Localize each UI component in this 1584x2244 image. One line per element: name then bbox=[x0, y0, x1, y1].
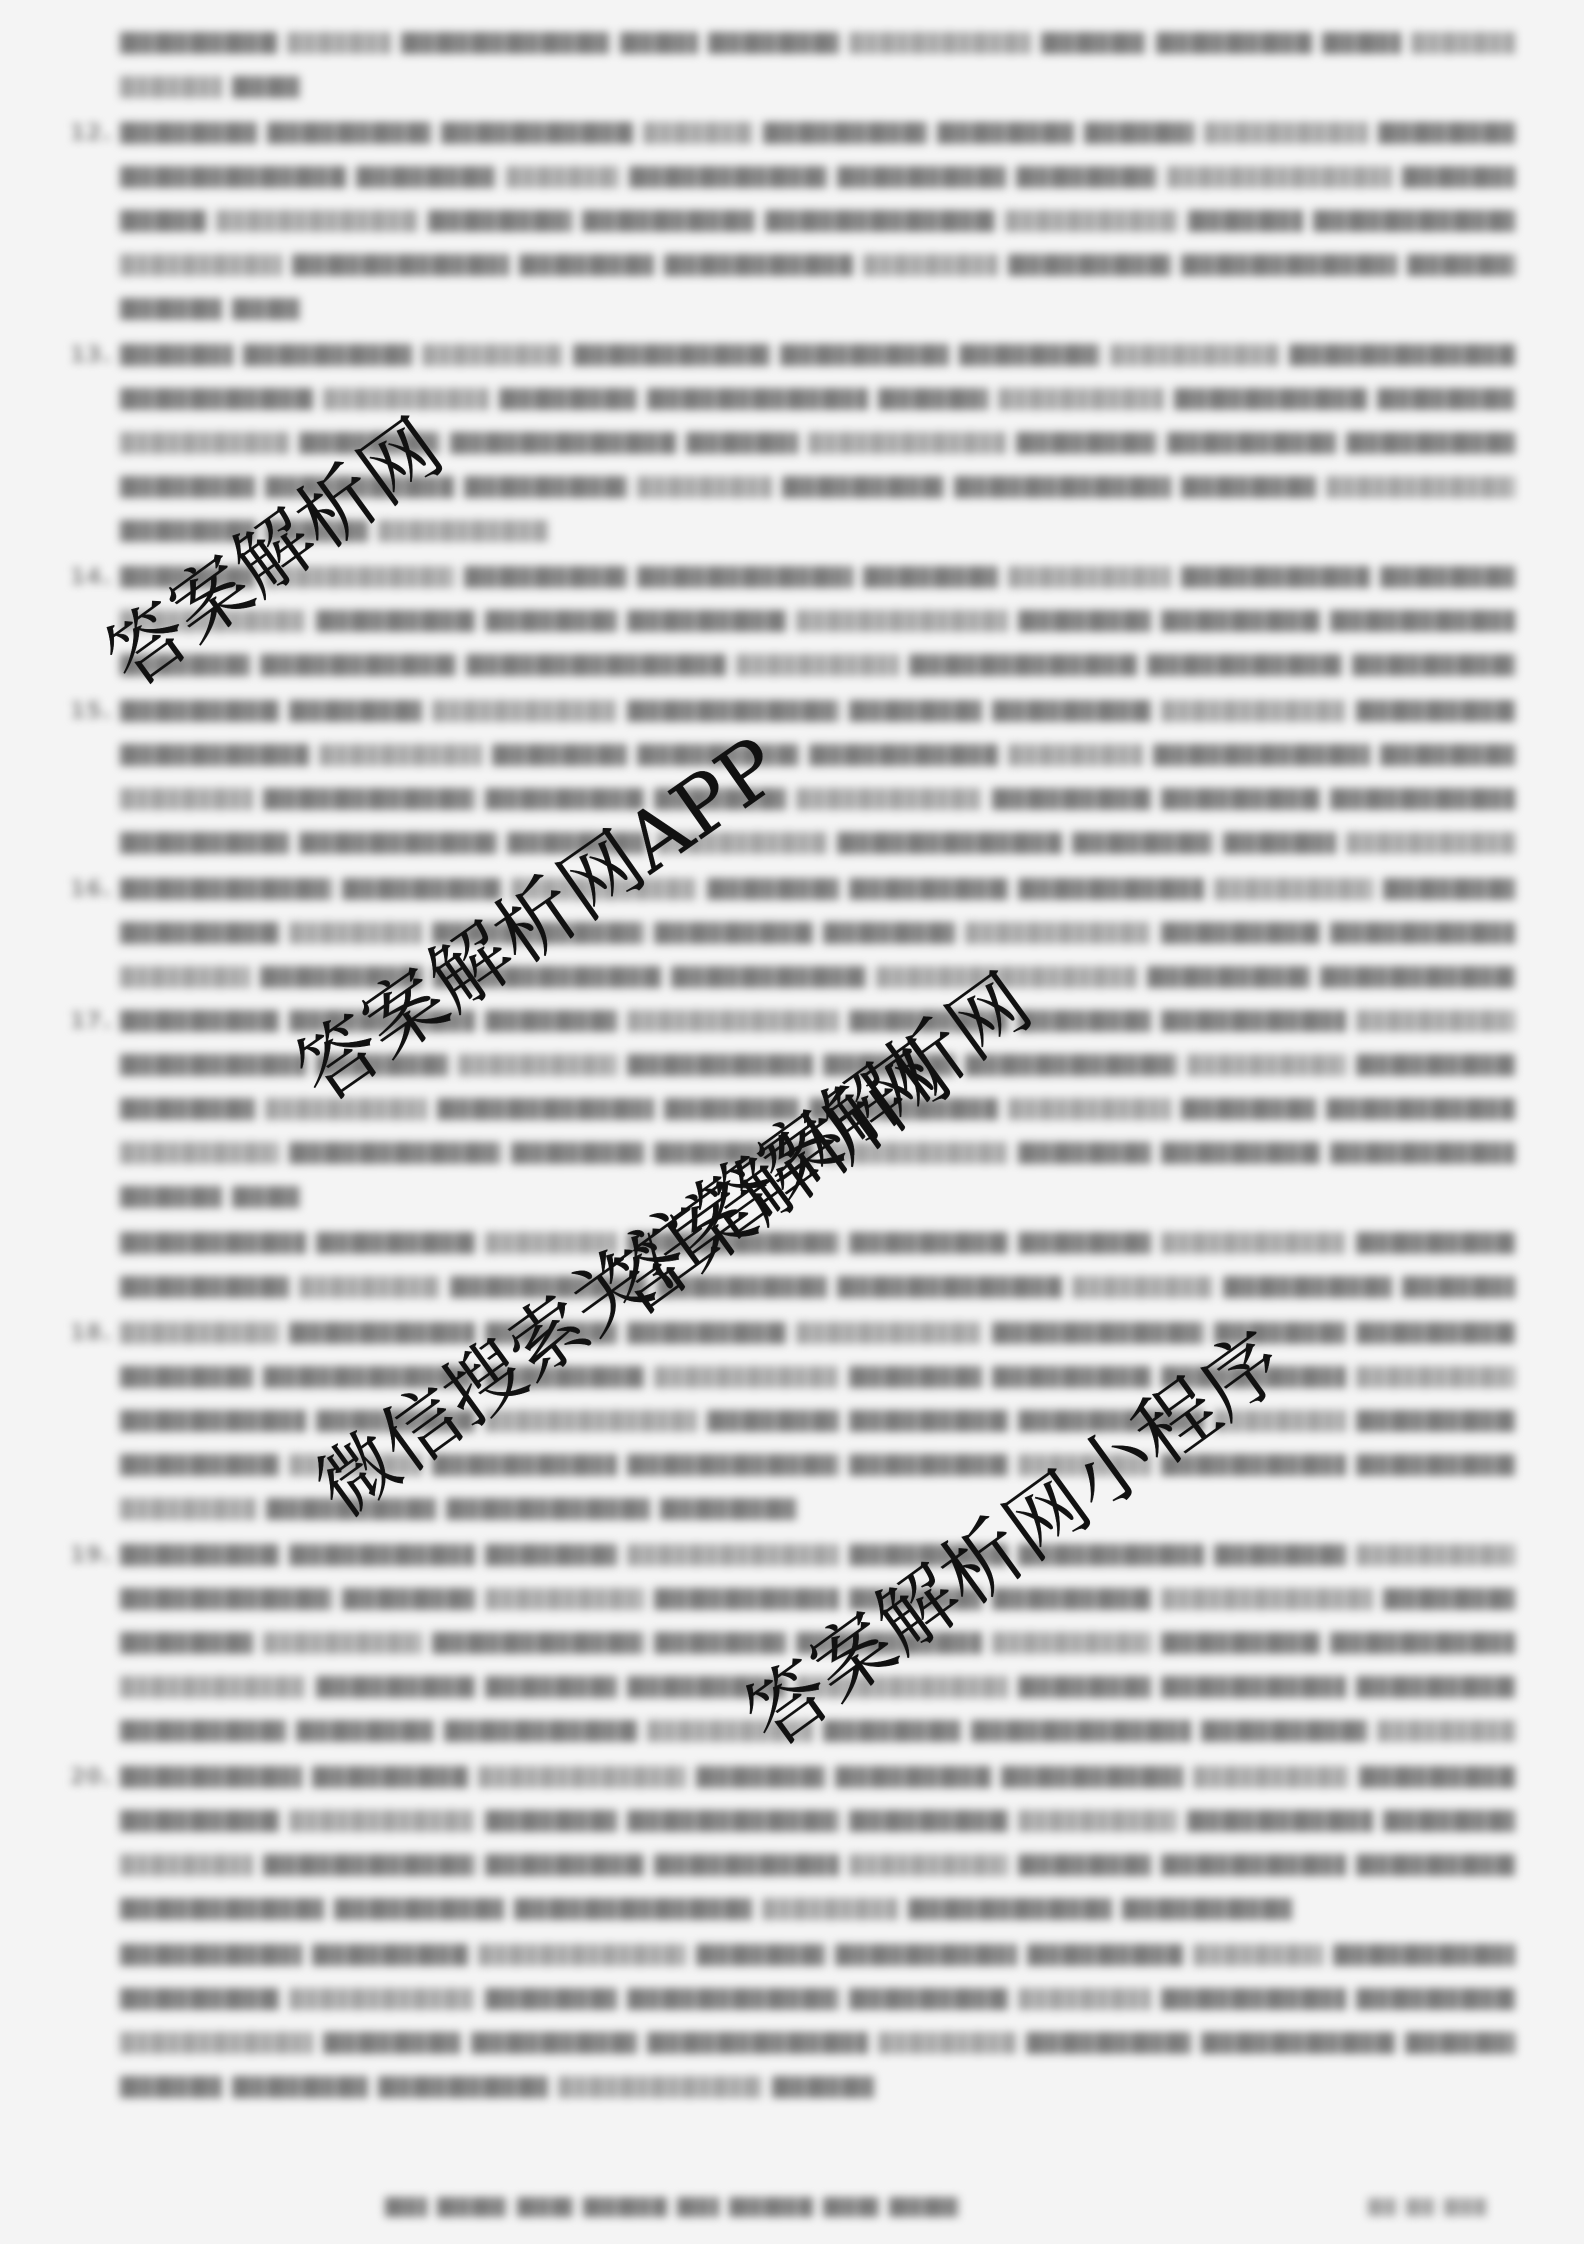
blurred-text-run bbox=[992, 1366, 1151, 1388]
blurred-text-run bbox=[837, 166, 1006, 188]
blurred-text-run bbox=[627, 1810, 839, 1832]
question-number: 13. bbox=[70, 340, 122, 370]
blurred-text-run bbox=[299, 832, 496, 854]
blurred-text-run bbox=[837, 1276, 1063, 1298]
footer-text-run bbox=[517, 2197, 573, 2217]
blurred-text-run bbox=[627, 1454, 839, 1476]
blurred-text-run bbox=[1214, 878, 1373, 900]
blurred-text-run bbox=[478, 1766, 686, 1788]
blurred-text-run bbox=[260, 654, 455, 676]
blurred-text-run bbox=[471, 2032, 637, 2054]
blurred-text-run bbox=[627, 1010, 839, 1032]
blurred-text-run bbox=[316, 1676, 475, 1698]
blurred-text-run bbox=[878, 2032, 1016, 2054]
blurred-text-run bbox=[432, 1632, 644, 1654]
blurred-text-run bbox=[466, 654, 726, 676]
blurred-text-run bbox=[120, 1676, 306, 1698]
blurred-text-run bbox=[765, 210, 995, 232]
blurred-text-run bbox=[1383, 878, 1516, 900]
blurred-text-run bbox=[316, 610, 475, 632]
blurred-text-run bbox=[1402, 166, 1515, 188]
blurred-text-run bbox=[762, 1898, 898, 1920]
blurred-text-run bbox=[707, 1410, 840, 1432]
blurred-text-run bbox=[971, 1720, 1192, 1742]
blurred-text-run bbox=[643, 122, 753, 144]
blurred-text-run bbox=[849, 32, 1032, 54]
blurred-text-run bbox=[316, 1232, 475, 1254]
blurred-text-run bbox=[120, 1366, 253, 1388]
blurred-text-run bbox=[809, 744, 998, 766]
blurred-text-run bbox=[954, 476, 1170, 498]
blurred-text-run bbox=[627, 1988, 839, 2010]
question-number: 15. bbox=[70, 696, 122, 726]
blurred-text-run bbox=[120, 2076, 222, 2098]
footer-text-run bbox=[437, 2197, 507, 2217]
blurred-text-run bbox=[1016, 432, 1157, 454]
blurred-text-run bbox=[1161, 788, 1320, 810]
blurred-text-run bbox=[627, 700, 839, 722]
blurred-text-run bbox=[1380, 744, 1515, 766]
question-number: 20. bbox=[70, 1762, 122, 1792]
blurred-text-run bbox=[1161, 1988, 1347, 2010]
blurred-text-run bbox=[1181, 254, 1397, 276]
blurred-text-run bbox=[289, 922, 422, 944]
blurred-text-run bbox=[342, 878, 501, 900]
blurred-text-run bbox=[120, 1810, 279, 1832]
blurred-text-run bbox=[289, 1988, 475, 2010]
blurred-text-run bbox=[120, 1498, 256, 1520]
blurred-text-run bbox=[671, 966, 866, 988]
blurred-text-run bbox=[514, 1898, 752, 1920]
text-line bbox=[120, 1984, 1525, 2014]
blurred-text-run bbox=[1026, 2032, 1192, 2054]
blurred-text-run bbox=[1018, 610, 1151, 632]
blurred-text-run bbox=[1008, 254, 1170, 276]
blurred-text-run bbox=[1383, 1810, 1516, 1832]
blurred-text-run bbox=[1356, 1544, 1515, 1566]
blurred-text-run bbox=[1161, 1232, 1347, 1254]
blurred-text-run bbox=[120, 1454, 279, 1476]
blurred-text-run bbox=[763, 122, 927, 144]
blurred-text-run bbox=[444, 1720, 637, 1742]
blurred-text-run bbox=[120, 1944, 302, 1966]
blurred-text-run bbox=[1326, 1098, 1515, 1120]
blurred-text-run bbox=[1201, 1720, 1367, 1742]
blurred-text-run bbox=[796, 610, 1008, 632]
text-line bbox=[120, 650, 1525, 680]
text-line bbox=[120, 250, 1525, 280]
blurred-text-run bbox=[485, 1544, 618, 1566]
blurred-text-run bbox=[289, 1322, 475, 1344]
blurred-text-run bbox=[1008, 744, 1143, 766]
blurred-text-run bbox=[1356, 1054, 1515, 1076]
text-line bbox=[120, 696, 1525, 726]
blurred-text-run bbox=[1187, 1054, 1346, 1076]
blurred-text-run bbox=[1223, 1276, 1392, 1298]
blurred-text-run bbox=[485, 1810, 618, 1832]
text-line bbox=[120, 294, 1525, 324]
blurred-text-run bbox=[1356, 1366, 1515, 1388]
blurred-text-run bbox=[232, 76, 300, 98]
blurred-text-run bbox=[1383, 1588, 1516, 1610]
blurred-text-run bbox=[312, 1766, 468, 1788]
blurred-text-run bbox=[120, 832, 289, 854]
text-line bbox=[120, 740, 1525, 770]
blurred-text-run bbox=[319, 744, 481, 766]
blurred-text-run bbox=[849, 878, 1008, 900]
blurred-text-run bbox=[243, 344, 412, 366]
blurred-text-run bbox=[120, 1854, 253, 1876]
blurred-text-run bbox=[1326, 476, 1515, 498]
blurred-text-run bbox=[1356, 1322, 1515, 1344]
blurred-text-run bbox=[1356, 700, 1515, 722]
blurred-text-run bbox=[334, 1898, 504, 1920]
blurred-text-run bbox=[1181, 566, 1370, 588]
text-line bbox=[120, 384, 1525, 414]
blurred-text-run bbox=[120, 1276, 289, 1298]
text-line bbox=[120, 162, 1525, 192]
blurred-text-run bbox=[1356, 1410, 1515, 1432]
text-line bbox=[120, 1850, 1525, 1880]
blurred-text-run bbox=[909, 654, 1137, 676]
blurred-text-run bbox=[1187, 1810, 1373, 1832]
blurred-text-run bbox=[422, 344, 563, 366]
text-line bbox=[120, 784, 1525, 814]
blurred-text-run bbox=[654, 1588, 840, 1610]
blurred-text-run bbox=[120, 1988, 279, 2010]
blurred-text-run bbox=[1167, 166, 1393, 188]
blurred-text-run bbox=[120, 1588, 332, 1610]
footer-code-run bbox=[1368, 2198, 1396, 2216]
blurred-text-run bbox=[1018, 878, 1204, 900]
blurred-text-run bbox=[1161, 922, 1320, 944]
blurred-text-run bbox=[849, 1454, 1008, 1476]
blurred-text-run bbox=[1289, 344, 1515, 366]
text-line bbox=[120, 72, 1525, 102]
question-number: 19. bbox=[70, 1540, 122, 1570]
text-line bbox=[120, 1406, 1525, 1436]
blurred-text-run bbox=[499, 388, 637, 410]
blurred-text-run bbox=[1008, 566, 1170, 588]
blurred-text-run bbox=[1359, 1766, 1515, 1788]
blurred-text-run bbox=[1018, 1142, 1151, 1164]
text-line bbox=[120, 1228, 1525, 1258]
blurred-text-run bbox=[1193, 1944, 1323, 1966]
footer-text-run bbox=[823, 2197, 879, 2217]
blurred-text-run bbox=[232, 298, 300, 320]
footer-code-run bbox=[1406, 2198, 1434, 2216]
blurred-text-run bbox=[1161, 1676, 1347, 1698]
blurred-text-run bbox=[120, 1410, 306, 1432]
blurred-text-run bbox=[1204, 122, 1368, 144]
blurred-text-run bbox=[232, 2076, 368, 2098]
blurred-text-run bbox=[378, 520, 548, 542]
blurred-text-run bbox=[1330, 788, 1516, 810]
question-number: 14. bbox=[70, 562, 122, 592]
blurred-text-run bbox=[485, 1010, 618, 1032]
blurred-text-run bbox=[464, 476, 626, 498]
blurred-text-run bbox=[582, 210, 755, 232]
blurred-text-run bbox=[1084, 122, 1194, 144]
blurred-text-run bbox=[823, 922, 956, 944]
question-number: 18. bbox=[70, 1318, 122, 1348]
blurred-text-run bbox=[992, 788, 1151, 810]
blurred-text-run bbox=[458, 1054, 617, 1076]
blurred-text-run bbox=[120, 966, 250, 988]
blurred-text-run bbox=[837, 832, 1063, 854]
blurred-text-run bbox=[120, 476, 255, 498]
blurred-text-run bbox=[1330, 922, 1516, 944]
blurred-text-run bbox=[849, 1988, 1008, 2010]
blurred-text-run bbox=[120, 1720, 286, 1742]
blurred-text-run bbox=[492, 744, 627, 766]
blurred-text-run bbox=[708, 32, 839, 54]
blurred-text-run bbox=[120, 878, 332, 900]
blurred-text-run bbox=[1378, 122, 1515, 144]
blurred-text-run bbox=[1320, 966, 1515, 988]
blurred-text-run bbox=[356, 166, 497, 188]
blurred-text-run bbox=[120, 1898, 324, 1920]
blurred-text-run bbox=[647, 388, 868, 410]
blurred-text-run bbox=[1356, 1454, 1515, 1476]
text-line bbox=[120, 340, 1525, 370]
blurred-text-run bbox=[808, 432, 1005, 454]
blurred-text-run bbox=[478, 1944, 686, 1966]
blurred-text-run bbox=[573, 344, 770, 366]
blurred-text-run bbox=[519, 254, 654, 276]
blurred-text-run bbox=[1313, 210, 1515, 232]
blurred-text-run bbox=[120, 922, 279, 944]
blurred-text-run bbox=[1072, 832, 1213, 854]
blurred-text-run bbox=[1346, 832, 1515, 854]
blurred-text-run bbox=[1161, 1142, 1320, 1164]
blurred-text-run bbox=[120, 1544, 279, 1566]
text-line bbox=[120, 206, 1525, 236]
blurred-text-run bbox=[120, 1054, 306, 1076]
blurred-text-run bbox=[796, 788, 982, 810]
blurred-text-run bbox=[1161, 1588, 1373, 1610]
blurred-text-run bbox=[558, 2076, 762, 2098]
blurred-text-run bbox=[446, 1498, 650, 1520]
text-line bbox=[120, 1362, 1525, 1392]
blurred-text-run bbox=[736, 654, 899, 676]
text-line bbox=[120, 1318, 1525, 1348]
footer-text-run bbox=[385, 2197, 427, 2217]
blurred-text-run bbox=[1072, 1276, 1213, 1298]
text-line bbox=[120, 828, 1525, 858]
blurred-text-run bbox=[120, 388, 313, 410]
blurred-text-run bbox=[937, 122, 1074, 144]
blurred-text-run bbox=[1201, 2032, 1394, 2054]
blurred-text-run bbox=[849, 1366, 982, 1388]
blurred-text-run bbox=[1356, 1232, 1515, 1254]
blurred-text-run bbox=[796, 1322, 982, 1344]
blurred-text-run bbox=[647, 2032, 868, 2054]
blurred-text-run bbox=[120, 32, 277, 54]
blurred-text-run bbox=[485, 1676, 618, 1698]
blurred-text-run bbox=[1156, 32, 1313, 54]
blurred-text-run bbox=[1181, 1098, 1316, 1120]
blurred-text-run bbox=[965, 922, 1151, 944]
blurred-text-run bbox=[1018, 1810, 1177, 1832]
blurred-text-run bbox=[849, 700, 982, 722]
blurred-text-run bbox=[378, 2076, 548, 2098]
page-footer-code bbox=[1368, 2192, 1496, 2222]
blurred-text-run bbox=[120, 1098, 255, 1120]
blurred-text-run bbox=[1153, 744, 1369, 766]
blurred-text-run bbox=[1333, 1944, 1515, 1966]
text-line bbox=[120, 606, 1525, 636]
blurred-text-run bbox=[1402, 1276, 1515, 1298]
blurred-text-run bbox=[1018, 1232, 1151, 1254]
blurred-text-run bbox=[1110, 344, 1279, 366]
blurred-text-run bbox=[772, 2076, 874, 2098]
blurred-text-run bbox=[464, 566, 626, 588]
blurred-text-run bbox=[1018, 1676, 1151, 1698]
blurred-text-run bbox=[120, 432, 289, 454]
blurred-text-run bbox=[835, 1766, 991, 1788]
blurred-text-run bbox=[120, 1010, 279, 1032]
text-line bbox=[120, 1762, 1525, 1792]
blurred-text-run bbox=[849, 1810, 1008, 1832]
blurred-text-run bbox=[1008, 1098, 1170, 1120]
blurred-text-run bbox=[992, 700, 1151, 722]
text-line bbox=[120, 874, 1525, 904]
blurred-text-run bbox=[1223, 832, 1336, 854]
question-number: 12. bbox=[70, 118, 122, 148]
blurred-text-run bbox=[1161, 1010, 1347, 1032]
blurred-text-run bbox=[120, 210, 206, 232]
blurred-text-run bbox=[1161, 610, 1320, 632]
blurred-text-run bbox=[627, 1544, 839, 1566]
blurred-text-run bbox=[664, 254, 853, 276]
blurred-text-run bbox=[707, 878, 840, 900]
blurred-text-run bbox=[120, 1632, 253, 1654]
blurred-text-run bbox=[878, 388, 988, 410]
blurred-text-run bbox=[1322, 32, 1400, 54]
blurred-text-run bbox=[120, 122, 257, 144]
blurred-text-run bbox=[1352, 654, 1515, 676]
text-line bbox=[120, 1540, 1525, 1570]
blurred-text-run bbox=[263, 1854, 475, 1876]
text-line bbox=[120, 2072, 1525, 2102]
blurred-text-run bbox=[1188, 210, 1303, 232]
blurred-text-run bbox=[120, 344, 233, 366]
blurred-text-run bbox=[1411, 32, 1515, 54]
blurred-text-run bbox=[485, 1854, 644, 1876]
blurred-text-run bbox=[1214, 1544, 1347, 1566]
blurred-text-run bbox=[120, 1142, 279, 1164]
text-line bbox=[120, 1806, 1525, 1836]
blurred-text-run bbox=[441, 122, 633, 144]
blurred-text-run bbox=[908, 1898, 1112, 1920]
text-line bbox=[120, 962, 1525, 992]
blurred-text-run bbox=[296, 1720, 434, 1742]
footer-code-run bbox=[1444, 2198, 1486, 2216]
question-number: 16. bbox=[70, 874, 122, 904]
blurred-text-run bbox=[1356, 1676, 1515, 1698]
blurred-text-run bbox=[654, 1632, 787, 1654]
blurred-text-run bbox=[1405, 2032, 1515, 2054]
blurred-text-run bbox=[863, 254, 998, 276]
blurred-text-run bbox=[686, 432, 799, 454]
blurred-text-run bbox=[120, 788, 253, 810]
blurred-text-run bbox=[1016, 166, 1157, 188]
blurred-text-run bbox=[1346, 432, 1515, 454]
blurred-text-run bbox=[1356, 1854, 1515, 1876]
blurred-text-run bbox=[1005, 210, 1178, 232]
blurred-text-run bbox=[120, 1232, 306, 1254]
blurred-text-run bbox=[437, 1098, 653, 1120]
page-footer bbox=[385, 2192, 969, 2222]
blurred-text-run bbox=[696, 1944, 826, 1966]
blurred-text-run bbox=[849, 1410, 1008, 1432]
blurred-text-run bbox=[263, 788, 475, 810]
blurred-text-run bbox=[782, 476, 944, 498]
blurred-text-run bbox=[120, 1766, 302, 1788]
blurred-text-run bbox=[287, 32, 391, 54]
blurred-text-run bbox=[323, 2032, 461, 2054]
text-line bbox=[120, 1894, 1525, 1924]
blurred-text-run bbox=[1380, 566, 1515, 588]
blurred-text-run bbox=[120, 166, 346, 188]
text-line bbox=[120, 2028, 1525, 2058]
blurred-text-run bbox=[1041, 32, 1145, 54]
blurred-text-run bbox=[660, 1498, 796, 1520]
blurred-text-run bbox=[289, 700, 422, 722]
blurred-text-run bbox=[637, 566, 853, 588]
blurred-text-run bbox=[992, 1322, 1204, 1344]
blurred-text-run bbox=[120, 254, 282, 276]
blurred-text-run bbox=[654, 1366, 840, 1388]
blurred-text-run bbox=[780, 344, 949, 366]
footer-text-run bbox=[889, 2197, 959, 2217]
blurred-text-run bbox=[1193, 1766, 1349, 1788]
blurred-text-run bbox=[849, 1232, 1008, 1254]
blurred-text-run bbox=[120, 2032, 313, 2054]
blurred-text-run bbox=[1147, 966, 1310, 988]
blurred-text-run bbox=[627, 1054, 813, 1076]
blurred-text-run bbox=[654, 922, 813, 944]
blurred-text-run bbox=[1027, 1944, 1183, 1966]
blurred-text-run bbox=[998, 388, 1164, 410]
blurred-text-run bbox=[835, 1944, 1017, 1966]
text-line bbox=[120, 918, 1525, 948]
blurred-text-run bbox=[289, 1544, 475, 1566]
blurred-text-run bbox=[342, 1588, 475, 1610]
document-page: 12.13.14.15.16.17.18.19.20. 答案解析网答案解析网AP… bbox=[0, 0, 1584, 2244]
blurred-text-run bbox=[1181, 476, 1316, 498]
blurred-text-run bbox=[312, 1944, 468, 1966]
blurred-text-run bbox=[1330, 1142, 1516, 1164]
question-number: 17. bbox=[70, 1006, 122, 1036]
blurred-text-run bbox=[120, 744, 309, 766]
blurred-text-run bbox=[432, 700, 618, 722]
blurred-text-run bbox=[292, 254, 508, 276]
blurred-text-run bbox=[450, 432, 676, 454]
blurred-text-run bbox=[1407, 254, 1515, 276]
text-line bbox=[120, 118, 1525, 148]
blurred-text-run bbox=[1122, 1898, 1292, 1920]
blurred-text-run bbox=[263, 1632, 422, 1654]
blurred-text-run bbox=[863, 566, 998, 588]
blurred-text-run bbox=[1356, 1988, 1515, 2010]
blurred-text-run bbox=[267, 122, 431, 144]
blurred-text-run bbox=[120, 76, 222, 98]
blurred-text-run bbox=[1018, 1988, 1151, 2010]
blurred-text-run bbox=[216, 210, 418, 232]
blurred-text-run bbox=[1330, 610, 1516, 632]
